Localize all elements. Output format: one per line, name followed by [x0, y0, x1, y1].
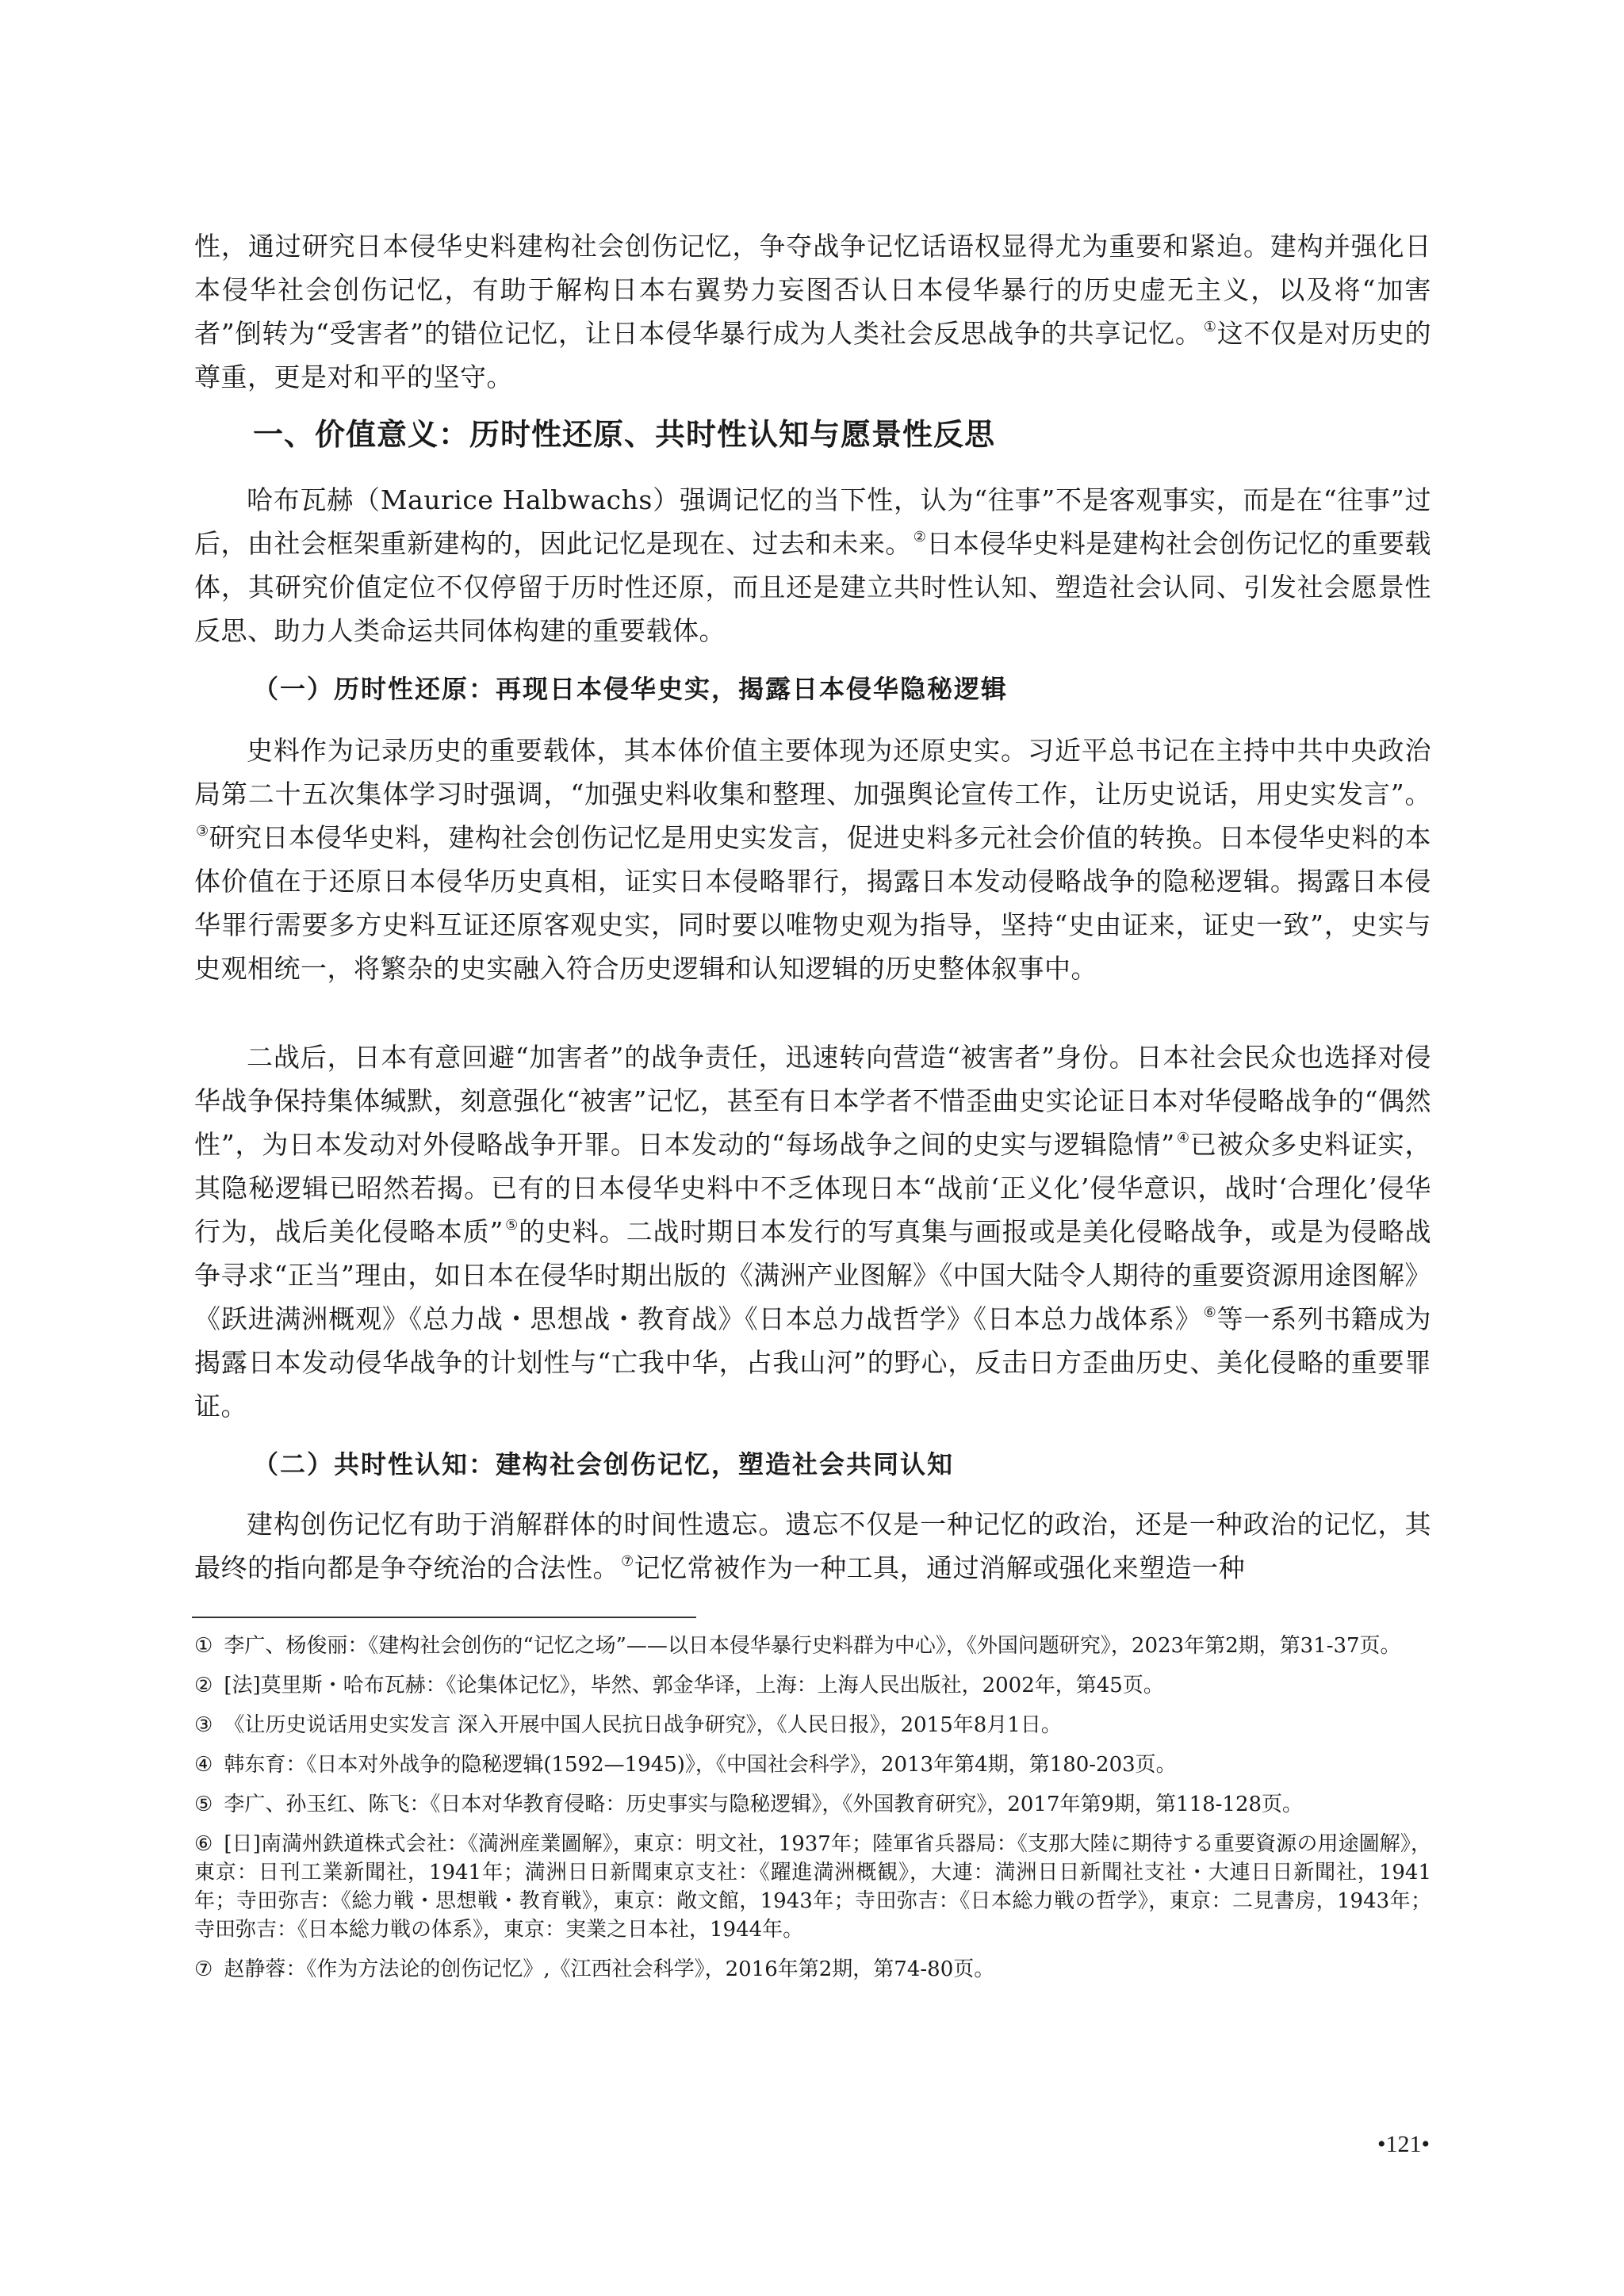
footnote-number: ⑥: [194, 1830, 213, 1858]
section-heading-1: 一、价值意义：历时性还原、共时性认知与愿景性反思: [194, 411, 995, 458]
footnote-5: ⑤李广、孙玉红、陈飞：《日本对华教育侵略：历史事实与隐秘逻辑》，《外国教育研究》…: [194, 1790, 1431, 1819]
footnotes: ①李广、杨俊丽：《建构社会创伤的“记忆之场”——以日本侵华暴行史料群为中心》，《…: [194, 1632, 1431, 1995]
footnote-ref-5[interactable]: ⑤: [505, 1217, 519, 1234]
footnote-number: ⑤: [194, 1790, 213, 1819]
footnote-divider: [192, 1617, 696, 1618]
paragraph-sub1-1: 史料作为记录历史的重要载体，其本体价值主要体现为还原史实。习近平总书记在主持中共…: [194, 729, 1431, 990]
footnote-text: [法]莫里斯・哈布瓦赫：《论集体记忆》，毕然、郭金华译，上海：上海人民出版社，2…: [224, 1674, 1164, 1697]
footnote-text: 赵静蓉：《作为方法论的创伤记忆》,《江西社会科学》，2016年第2期，第74-8…: [224, 1957, 994, 1981]
footnote-ref-7[interactable]: ⑦: [621, 1553, 634, 1570]
footnote-4: ④韩东育：《日本对外战争的隐秘逻辑(1592—1945)》，《中国社会科学》，2…: [194, 1751, 1431, 1779]
footnote-number: ①: [194, 1632, 213, 1660]
footnote-text: 李广、孙玉红、陈飞：《日本对华教育侵略：历史事实与隐秘逻辑》，《外国教育研究》，…: [224, 1793, 1303, 1816]
page-number: •121•: [1377, 2131, 1430, 2158]
footnote-3: ③《让历史说话用史实发言 深入开展中国人民抗日战争研究》，《人民日报》，2015…: [194, 1711, 1431, 1739]
footnote-6: ⑥[日]南満州鉄道株式会社：《満洲産業圖解》，東京：明文社，1937年；陸軍省兵…: [194, 1830, 1431, 1944]
footnote-text: 李广、杨俊丽：《建构社会创伤的“记忆之场”——以日本侵华暴行史料群为中心》，《外…: [224, 1634, 1400, 1658]
footnote-1: ①李广、杨俊丽：《建构社会创伤的“记忆之场”——以日本侵华暴行史料群为中心》，《…: [194, 1632, 1431, 1660]
footnote-number: ②: [194, 1671, 213, 1700]
paragraph-sub1-2: 二战后，日本有意回避“加害者”的战争责任，迅速转向营造“被害者”身份。日本社会民…: [194, 1035, 1431, 1428]
paragraph-sub2-1: 建构创伤记忆有助于消解群体的时间性遗忘。遗忘不仅是一种记忆的政治，还是一种政治的…: [194, 1502, 1431, 1590]
footnote-text: 《让历史说话用史实发言 深入开展中国人民抗日战争研究》，《人民日报》，2015年…: [224, 1713, 1062, 1737]
footnote-text: [日]南満州鉄道株式会社：《満洲産業圖解》，東京：明文社，1937年；陸軍省兵器…: [194, 1832, 1431, 1942]
paragraph-text: 史料作为记录历史的重要载体，其本体价值主要体现为还原史实。习近平总书记在主持中共…: [194, 735, 1431, 809]
footnote-2: ②[法]莫里斯・哈布瓦赫：《论集体记忆》，毕然、郭金华译，上海：上海人民出版社，…: [194, 1671, 1431, 1700]
paragraph-text: 记忆常被作为一种工具，通过消解或强化来塑造一种: [634, 1552, 1246, 1583]
footnote-number: ⑦: [194, 1955, 213, 1984]
footnote-number: ④: [194, 1751, 213, 1779]
footnote-ref-6[interactable]: ⑥: [1204, 1304, 1217, 1321]
footnote-ref-3[interactable]: ③: [196, 823, 209, 840]
footnote-7: ⑦赵静蓉：《作为方法论的创伤记忆》,《江西社会科学》，2016年第2期，第74-…: [194, 1955, 1431, 1984]
footnote-ref-2[interactable]: ②: [913, 529, 927, 545]
paragraph-intro: 哈布瓦赫（Maurice Halbwachs）强调记忆的当下性，认为“往事”不是…: [194, 478, 1431, 652]
footnote-ref-4[interactable]: ④: [1177, 1130, 1190, 1146]
subsection-heading-1: （一）历时性还原：再现日本侵华史实，揭露日本侵华隐秘逻辑: [194, 668, 1008, 711]
footnote-ref-1[interactable]: ①: [1204, 319, 1217, 335]
paragraph-continuation: 性，通过研究日本侵华史料建构社会创伤记忆，争夺战争记忆话语权显得尤为重要和紧迫。…: [194, 224, 1431, 399]
subsection-heading-2: （二）共时性认知：建构社会创伤记忆，塑造社会共同认知: [194, 1443, 954, 1487]
footnote-text: 韩东育：《日本对外战争的隐秘逻辑(1592—1945)》，《中国社会科学》，20…: [224, 1753, 1176, 1777]
paragraph-text: 研究日本侵华史料，建构社会创伤记忆是用史实发言，促进史料多元社会价值的转换。日本…: [194, 822, 1431, 984]
footnote-number: ③: [194, 1711, 213, 1739]
